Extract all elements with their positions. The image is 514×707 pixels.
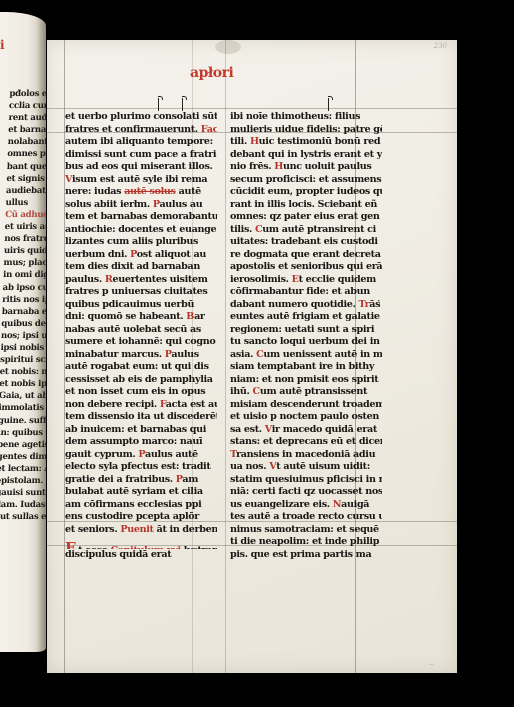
text-run: autem ibi aliquanto tempore: <box>65 136 213 147</box>
text-run: regionem: uetati sunt a spiri <box>230 324 374 335</box>
marginal-annotation: ~ <box>428 660 435 669</box>
text-run: nere: iudas <box>65 186 124 197</box>
text-line: dimissi sunt cum pace a fratri <box>65 149 217 162</box>
text-run: um autē ptransirent ci <box>262 224 376 235</box>
text-run: euntes autē frigiam et galatie <box>230 311 380 322</box>
text-line: ens custodire pcepta aplōr <box>65 511 217 524</box>
text-run: tu sancto loqui uerbum dei in <box>230 336 380 347</box>
text-line: et uisio p noctem paulo osten <box>230 411 382 424</box>
text-run: āt in derben et <box>154 524 217 535</box>
rubric-text: Facto <box>201 124 217 135</box>
text-run: misiam descenderunt troadem: <box>230 399 382 410</box>
text-column-right: ibi noīe thimotheus: filiusmulieris uidu… <box>230 111 382 561</box>
ascender-flourish <box>158 98 159 111</box>
text-run: electo syla pfectus est: tradit <box>65 461 210 472</box>
text-run: fratres p uniuersas ciuitates <box>65 286 207 297</box>
text-line: asia. Cum uenissent autē in my <box>230 349 382 362</box>
text-line: us euangelizare eis. Nauigā <box>230 499 382 512</box>
text-line: ihū. Cum autē ptransissent <box>230 386 382 399</box>
rubric-text: Tr <box>359 299 370 310</box>
text-run: tes autē a troade recto cursu ue <box>230 511 382 522</box>
ascender-flourish <box>328 98 329 111</box>
text-line: fratres et confirmauerunt. Facto <box>65 124 217 137</box>
text-run: tem dies dixit ad barnaban <box>65 261 200 272</box>
text-run: autē rogabat eum: ut qui dis <box>65 361 209 372</box>
text-line: minabatur marcus. Paulus <box>65 349 217 362</box>
manuscript-page: 230 apłori et uerbo plurimo consolati sū… <box>47 40 457 673</box>
text-line: paulus. Reuertentes uisitem <box>65 274 217 287</box>
text-run: dni: quomō se habeant. <box>65 311 186 322</box>
text-run: autē <box>176 186 201 197</box>
text-line: tem dies dixit ad barnaban <box>65 261 217 274</box>
text-run: lizantes cum aliis pluribus <box>65 236 198 247</box>
text-line: sumere et iohannē: qui cogno <box>65 336 217 349</box>
text-run: siam temptabant ire in bithy <box>230 361 374 372</box>
text-run: ti die neapolim: et inde philip <box>230 536 379 547</box>
text-line: lizantes cum aliis pluribus <box>65 236 217 249</box>
text-run: nio frēs. <box>230 161 274 172</box>
text-run: bus ad eos qui miserant illos. <box>65 161 213 172</box>
text-line: gauit cyprum. Paulus autē <box>65 449 217 462</box>
left-page-fragment: i pđolos etcclia cumrent auđiuiet barnab… <box>0 12 46 652</box>
text-run: minabatur marcus. <box>65 349 165 360</box>
text-line: ierosolimis. Et ecclie quidem <box>230 274 382 287</box>
text-run: ost aliquot au <box>137 249 206 260</box>
rubric-text: V <box>265 424 272 435</box>
running-title: apłori <box>190 65 233 81</box>
text-run: ierosolimis. <box>230 274 292 285</box>
text-run: et uisio p noctem paulo osten <box>230 411 379 422</box>
text-run: cōfirmabantur fide: et abun <box>230 286 370 297</box>
text-line: uerbum dni. Post aliquot au <box>65 249 217 262</box>
rubric-text: H <box>250 136 259 147</box>
text-line: tes autē a troade recto cursu ue <box>230 511 382 524</box>
text-line: regionem: uetati sunt a spiri <box>230 324 382 337</box>
text-run: fratres et confirmauerunt. <box>65 124 201 135</box>
rubric-text: Puenit <box>120 524 153 535</box>
text-line: solus abiit ierłm. Paulus au <box>65 199 217 212</box>
text-run: statim quesiuimus pficisci in macedo <box>230 474 382 485</box>
ruling-line-vertical <box>225 40 226 673</box>
text-run: lystram· <box>181 545 217 549</box>
text-run: ihū. <box>230 386 253 397</box>
text-line: autem ibi aliquanto tempore: <box>65 136 217 149</box>
text-line: nimus samotraciam: et sequē <box>230 524 382 537</box>
text-line: re dogmata que erant decreta ab <box>230 249 382 262</box>
text-line: uitates: tradebant eis custodi <box>230 236 382 249</box>
folio-number: 230 <box>434 42 447 50</box>
text-run: re dogmata que erant decreta ab <box>230 249 382 260</box>
text-run: et seniors. <box>65 524 120 535</box>
text-line: dabant numero quotidie. Trāś <box>230 299 382 312</box>
text-line: Transiens in macedoniā adiu <box>230 449 382 462</box>
text-line: Et ecce Capitulum xvi lystram· <box>65 536 217 549</box>
text-line: niā: certi facti qz uocasset nos d' <box>230 486 382 499</box>
text-line: ua nos. Vt autē uisum uidit: <box>230 461 382 474</box>
text-run: am cōfirmans ecclesias ppi <box>65 499 201 510</box>
text-run: secum proficisci: et assumens cir <box>230 174 382 185</box>
text-run: dabant numero quotidie. <box>230 299 359 310</box>
text-line: debant qui in lystris erant et yco <box>230 149 382 162</box>
text-run: nabas autē uolebat secū as <box>65 324 201 335</box>
text-run: ransiens in macedoniā adiu <box>236 449 375 460</box>
text-line: secum proficisci: et assumens cir <box>230 174 382 187</box>
text-line: bulabat autē syriam et cilia <box>65 486 217 499</box>
text-run: rant in illis locis. Sciebant eñ <box>230 199 377 210</box>
text-line: cessisset ab eis de pamphylia <box>65 374 217 387</box>
text-run: uitates: tradebant eis custodi <box>230 236 378 247</box>
parchment-stain <box>215 40 241 54</box>
text-line: am cōfirmans ecclesias ppi <box>65 499 217 512</box>
rubric-initial: V <box>65 174 72 185</box>
text-run: t autē uisum uidit: <box>276 461 370 472</box>
text-line: bus ad eos qui miserant illos. <box>65 161 217 174</box>
text-run: uic testimoniū bonū red <box>259 136 381 147</box>
text-line: nabas autē uolebat secū as <box>65 324 217 337</box>
text-line: Visum est autē syle ibi rema <box>65 174 217 187</box>
text-line: euntes autē frigiam et galatie <box>230 311 382 324</box>
text-run: cūcidit eum, propter iudeos qui e <box>230 186 382 197</box>
text-run: solus abiit ierłm. <box>65 199 153 210</box>
text-run: acta est au <box>166 399 217 410</box>
left-running-title: i <box>0 38 5 52</box>
text-run: am <box>182 474 198 485</box>
text-run: um autē ptransissent <box>260 386 367 397</box>
text-run: mulieris uidue fidelis: patre gē <box>230 124 382 135</box>
text-run: tem et barnabas demorabantur <box>65 211 217 222</box>
text-run: et non isset cum eis in opus <box>65 386 205 397</box>
text-run: non debere recipi. <box>65 399 160 410</box>
text-line: gratie dei a fratribus. Pam <box>65 474 217 487</box>
text-line: fratres p uniuersas ciuitates <box>65 286 217 299</box>
text-run: paulus. <box>65 274 105 285</box>
text-line: quibus pdicauimus uerbū <box>65 299 217 312</box>
text-run: ir macedo quidā erat <box>272 424 377 435</box>
text-line: et non isset cum eis in opus <box>65 386 217 399</box>
text-line: et uerbo plurimo consolati sūt <box>65 111 217 124</box>
text-run: āś <box>369 299 380 310</box>
rubric-text: H <box>274 161 283 172</box>
text-line: niam: et non pmisit eos spirit <box>230 374 382 387</box>
text-line: rant in illis locis. Sciebant eñ <box>230 199 382 212</box>
text-column-left: et uerbo plurimo consolati sūtfratres et… <box>65 111 217 561</box>
text-line: tu sancto loqui uerbum dei in <box>230 336 382 349</box>
text-run: quibus pdicauimus uerbū <box>65 299 194 310</box>
text-line: nere: iudas autē solus autē <box>65 186 217 199</box>
text-run: antiochie: docentes et euange <box>65 224 216 235</box>
text-run: aulus au <box>159 199 202 210</box>
text-line: discipulus quidā erat <box>65 549 217 562</box>
text-run: discipulus quidā erat <box>65 549 171 560</box>
text-run: unc uoluit paulus <box>283 161 372 172</box>
text-line: ibi noīe thimotheus: filius <box>230 111 382 124</box>
text-run: ens custodire pcepta aplōr <box>65 511 199 522</box>
rubric-text: E <box>292 274 299 285</box>
text-run: um uenissent autē in my <box>263 349 382 360</box>
text-line: cōfirmabantur fide: et abun <box>230 286 382 299</box>
text-run: cessisset ab eis de pamphylia <box>65 374 213 385</box>
ascender-flourish <box>182 98 183 111</box>
text-run: stans: et deprecans eū et dicens. <box>230 436 382 447</box>
text-line: statim quesiuimus pficisci in macedo <box>230 474 382 487</box>
text-run: debant qui in lystris erant et yco <box>230 149 382 160</box>
text-run: et uerbo plurimo consolati sūt <box>65 111 217 122</box>
text-line: siam temptabant ire in bithy <box>230 361 382 374</box>
text-run: niā: certi facti qz uocasset nos d' <box>230 486 382 497</box>
text-run: nimus samotraciam: et sequē <box>230 524 379 535</box>
text-run: euertentes uisitem <box>112 274 207 285</box>
rubric-text: P <box>130 249 137 260</box>
text-run: niam: et non pmisit eos spirit <box>230 374 378 385</box>
text-run: pis. que est prima partis ma <box>230 549 371 560</box>
text-run: tili. <box>230 136 250 147</box>
text-run: tilis. <box>230 224 255 235</box>
text-line: et seniors. Puenit āt in derben et <box>65 524 217 537</box>
gutter-shadow <box>36 12 46 652</box>
text-line: non debere recipi. Facta est au <box>65 399 217 412</box>
text-run: gratie dei a fratribus. <box>65 474 176 485</box>
text-line: cūcidit eum, propter iudeos qui e <box>230 186 382 199</box>
text-run: us euangelizare eis. <box>230 499 333 510</box>
rubric-text: N <box>333 499 341 510</box>
text-line: ti die neapolim: et inde philip <box>230 536 382 549</box>
text-line: tilis. Cum autē ptransirent ci <box>230 224 382 237</box>
struck-text: autē solus <box>124 186 175 197</box>
text-run: sumere et iohannē: qui cogno <box>65 336 215 347</box>
text-line: autē rogabat eum: ut qui dis <box>65 361 217 374</box>
text-run: apostolis et senioribus qui erāt <box>230 261 382 272</box>
text-line: tem dissensio ita ut discederēt <box>65 411 217 424</box>
text-line: dem assumpto marco: nauī <box>65 436 217 449</box>
text-line: misiam descenderunt troadem: <box>230 399 382 412</box>
text-line: tem et barnabas demorabantur <box>65 211 217 224</box>
text-run: aulus <box>171 349 198 360</box>
text-run: dem assumpto marco: nauī <box>65 436 202 447</box>
text-run: asia. <box>230 349 256 360</box>
text-line: electo syla pfectus est: tradit <box>65 461 217 474</box>
text-run: isum est autē syle ibi rema <box>72 174 207 185</box>
text-run: tem dissensio ita ut discederēt <box>65 411 217 422</box>
text-run: ab inuicem: et barnabas qui <box>65 424 206 435</box>
text-run: bulabat autē syriam et cilia <box>65 486 203 497</box>
rubric-text: C <box>253 386 260 397</box>
text-run: sa est. <box>230 424 265 435</box>
text-run: t ecclie quidem <box>299 274 376 285</box>
text-line: dni: quomō se habeant. Bar <box>65 311 217 324</box>
text-line: stans: et deprecans eū et dicens. <box>230 436 382 449</box>
text-line: tili. Huic testimoniū bonū red <box>230 136 382 149</box>
text-line: omnes: qz pater eius erat gen <box>230 211 382 224</box>
text-line: antiochie: docentes et euange <box>65 224 217 237</box>
text-run: ar <box>194 311 205 322</box>
text-run: ibi noīe thimotheus: filius <box>230 111 360 122</box>
text-run: ua nos. <box>230 461 269 472</box>
text-line: nio frēs. Hunc uoluit paulus <box>230 161 382 174</box>
rubric-text: B <box>186 311 194 322</box>
text-line: pis. que est prima partis ma <box>230 549 382 562</box>
text-line: sa est. Vir macedo quidā erat <box>230 424 382 437</box>
text-run: uerbum dni. <box>65 249 130 260</box>
text-run: auigā <box>341 499 369 510</box>
text-run: dimissi sunt cum pace a fratri <box>65 149 216 160</box>
text-line: mulieris uidue fidelis: patre gē <box>230 124 382 137</box>
ruling-line-horizontal <box>47 108 457 109</box>
text-run: omnes: qz pater eius erat gen <box>230 211 380 222</box>
text-line: ab inuicem: et barnabas qui <box>65 424 217 437</box>
text-run: gauit cyprum. <box>65 449 138 460</box>
decorated-initial: E <box>65 539 76 549</box>
text-line: apostolis et senioribus qui erāt <box>230 261 382 274</box>
text-run: aulus autē <box>145 449 198 460</box>
